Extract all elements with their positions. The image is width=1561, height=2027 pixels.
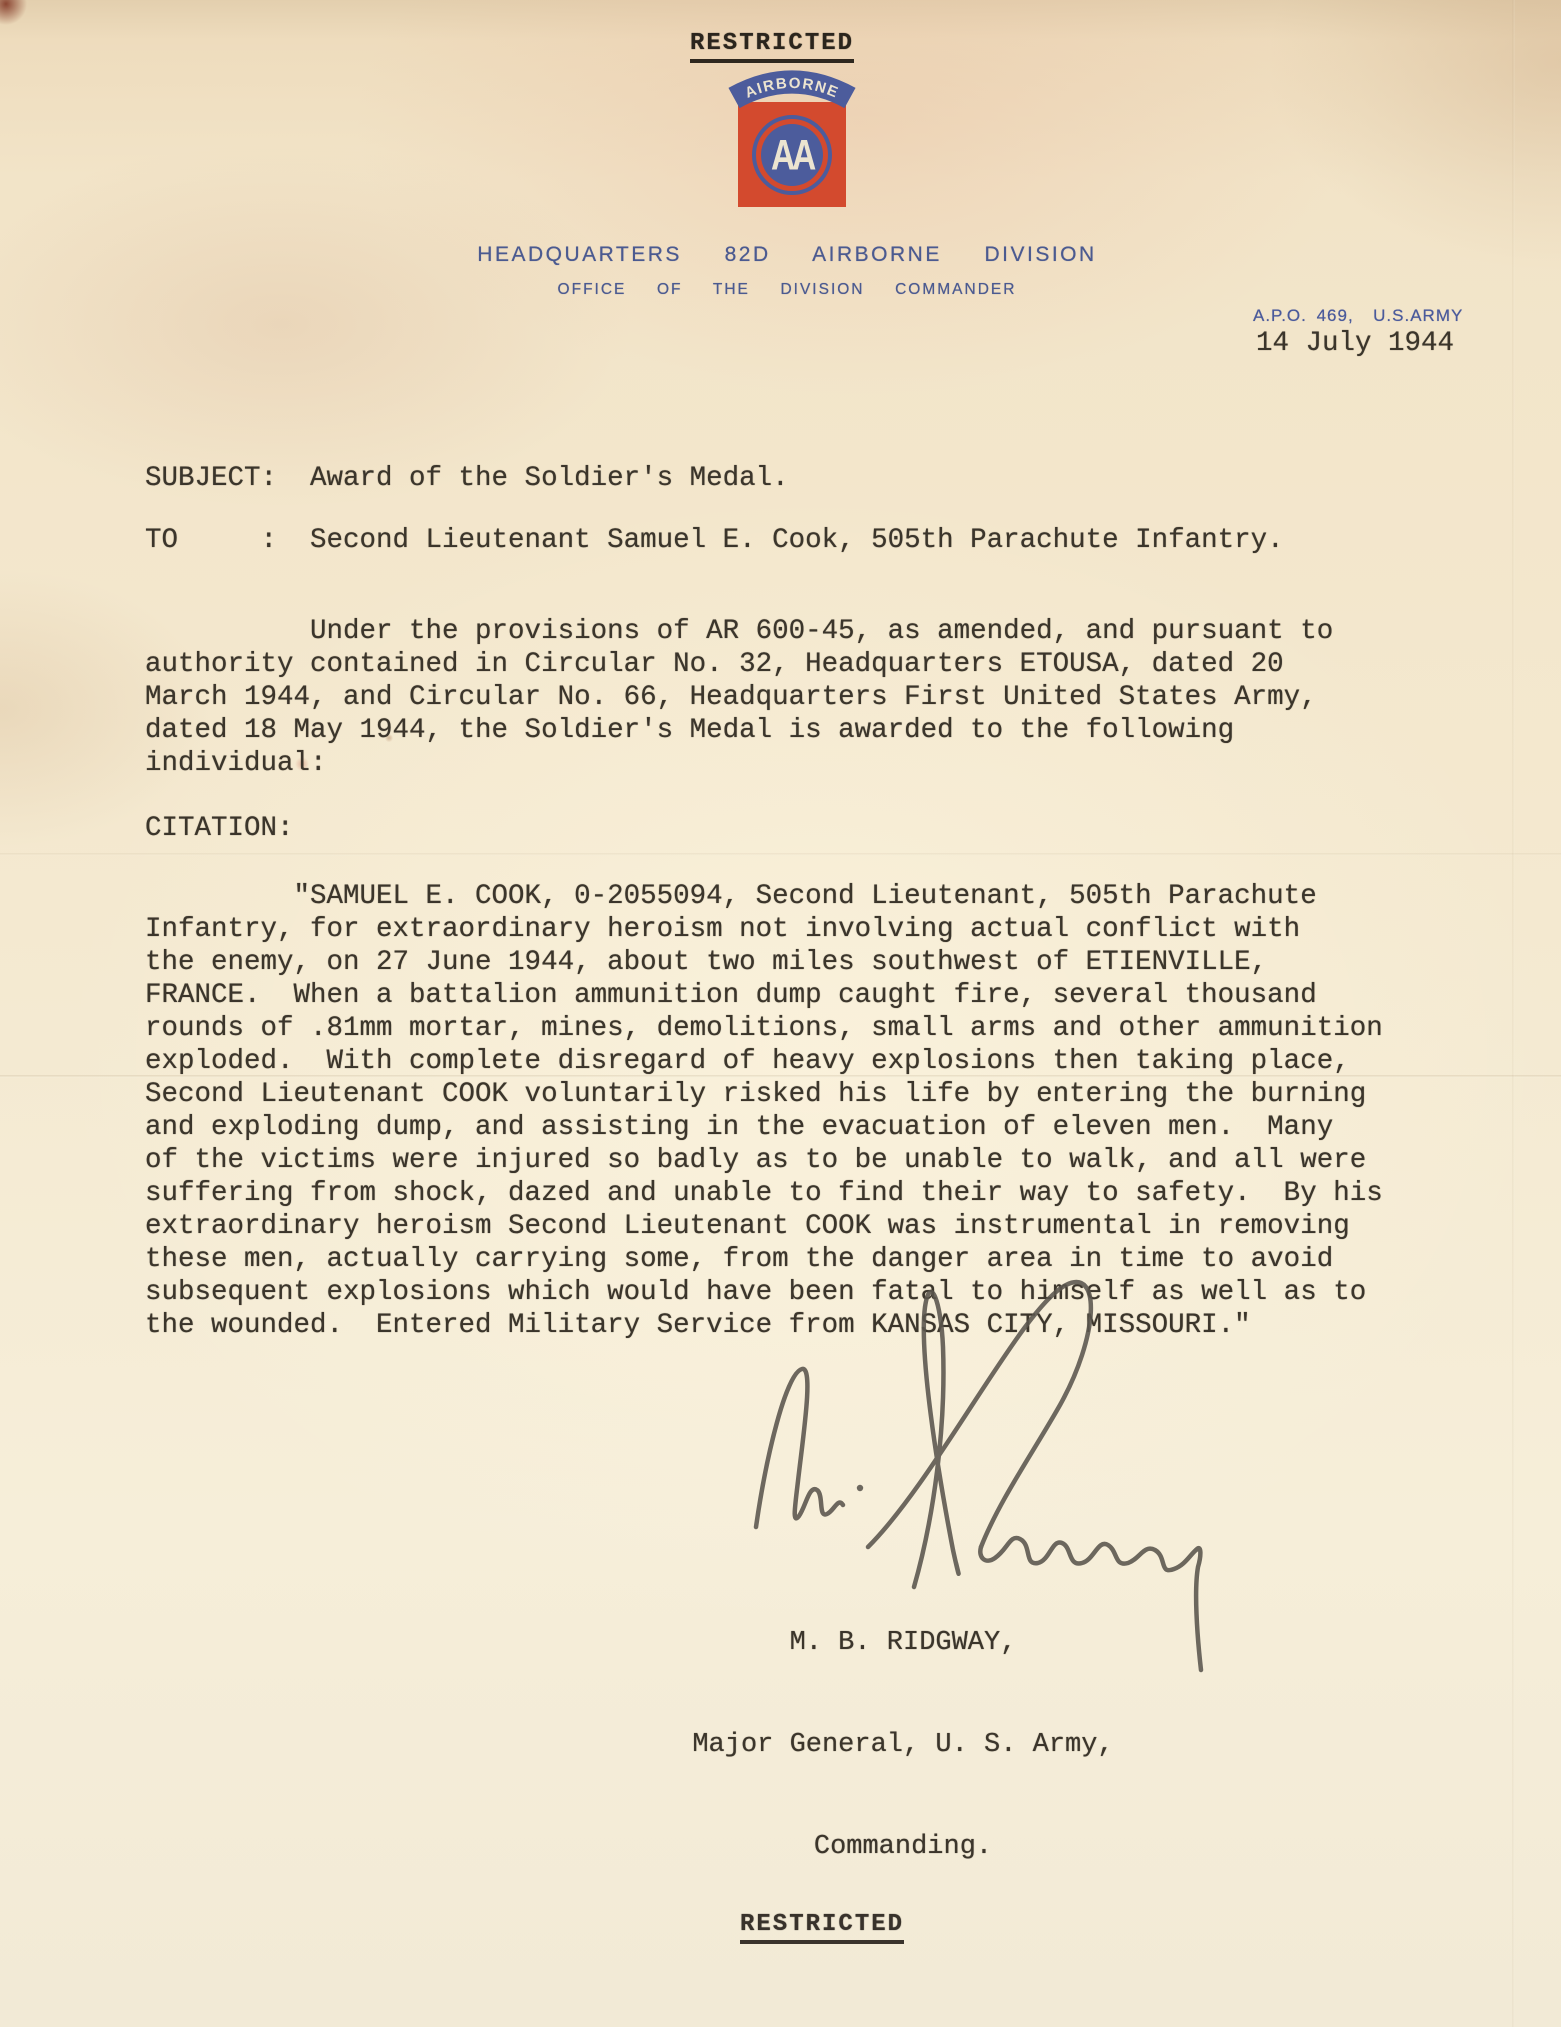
signature-block: M. B. RIDGWAY, Major General, U. S. Army… [640, 1558, 1166, 1932]
letterhead-unit: HEADQUARTERS 82D AIRBORNE DIVISION [407, 243, 1167, 267]
letter-date: 14 July 1944 [1256, 327, 1454, 360]
letterhead-apo: A.P.O. 469, U.S.ARMY [1253, 306, 1463, 326]
letterhead-office: OFFICE OF THE DIVISION COMMANDER [407, 281, 1167, 299]
opening-paragraph: Under the provisions of AR 600-45, as am… [145, 615, 1333, 780]
signer-role: Commanding. [640, 1830, 1166, 1864]
82nd-airborne-patch-icon: AIRBORNE AA [722, 62, 862, 232]
subject-line: SUBJECT: Award of the Soldier's Medal. [145, 462, 789, 495]
classification-stamp-bottom: RESTRICTED [740, 1911, 904, 1944]
classification-stamp-top: RESTRICTED [690, 30, 854, 63]
citation-label: CITATION: [145, 812, 294, 845]
paper-crease [0, 853, 1561, 856]
patch-aa-monogram: AA [771, 132, 815, 180]
paper-crease [0, 1075, 1561, 1078]
signer-title: Major General, U. S. Army, [640, 1728, 1166, 1762]
to-line: TO : Second Lieutenant Samuel E. Cook, 5… [145, 524, 1284, 557]
document-page: RESTRICTED AIRBORNE AA HEADQUARTERS 82D … [0, 0, 1561, 2027]
signer-name: M. B. RIDGWAY, [640, 1626, 1166, 1660]
paper-crease [1512, 0, 1515, 2027]
